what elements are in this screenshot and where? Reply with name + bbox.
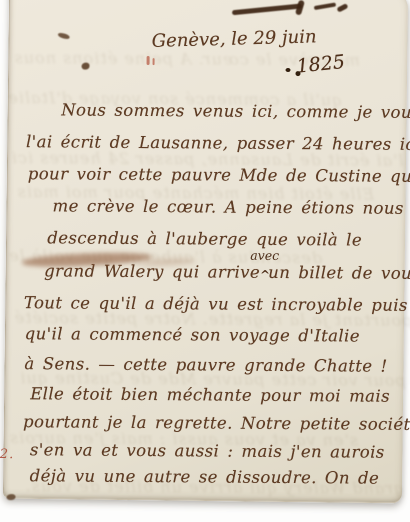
insertion-caret: ^ — [260, 268, 270, 282]
letter-content: me crève le cœur. A peine étions nous qu… — [0, 0, 410, 522]
letter-line: à Sens. — cette pauvre grande Chatte ! — [24, 354, 387, 376]
ink-spot — [82, 63, 90, 70]
letter-scan: me crève le cœur. A peine étions nous qu… — [0, 0, 410, 522]
letter-line: descendus à l'auberge que voilà le — [47, 228, 362, 249]
letter-line: Elle étoit bien méchante pour moi mais — [30, 384, 390, 406]
margin-number: 2. — [0, 447, 14, 462]
dateline-year: 1825 — [296, 51, 346, 78]
letter-line: me crève le cœur. A peine étions nous — [52, 196, 403, 217]
letter-line: qu'il a commencé son voyage d'Italie — [25, 324, 360, 345]
red-tick-mark — [147, 56, 150, 65]
ink-dot — [286, 68, 291, 72]
letter-line: déjà vu une autre se dissoudre. On de — [30, 466, 380, 487]
letter-line: s'en va et vous aussi : mais j'en aurois — [30, 440, 385, 461]
letter-line: pour voir cette pauvre Mde de Custine qu… — [28, 164, 410, 186]
red-tick-mark — [153, 58, 155, 65]
ink-dot — [295, 71, 300, 76]
letter-line: pourtant je la regrette. Notre petite so… — [23, 412, 410, 434]
letter-line: l'ai écrit de Lausanne, passer 24 heures… — [26, 132, 410, 154]
ink-spot — [7, 494, 16, 500]
letter-line: Nous sommes venus ici, comme je vous — [61, 100, 410, 122]
letter-line: Tout ce qu'il a déjà vu est incroyable p… — [24, 293, 408, 315]
inserted-word: avec — [250, 248, 279, 263]
